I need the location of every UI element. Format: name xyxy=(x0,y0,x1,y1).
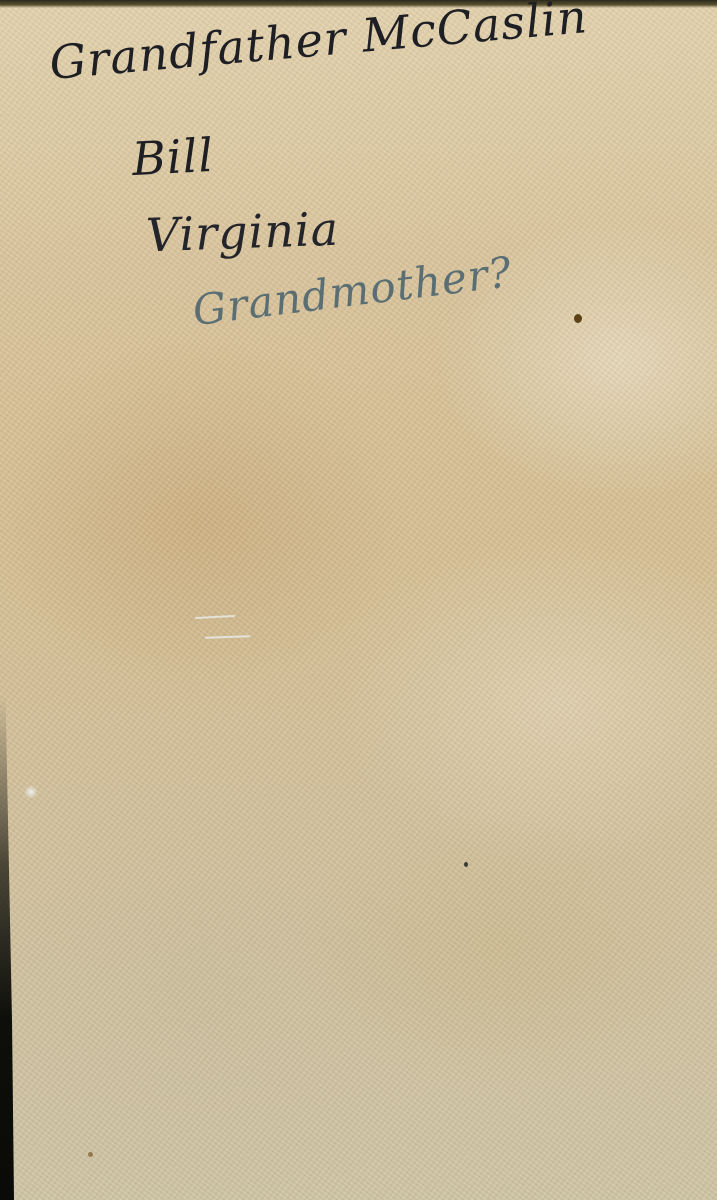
paper-light-spot xyxy=(24,785,38,799)
paper-page: Grandfather McCaslin Bill Virginia Grand… xyxy=(0,0,717,1200)
paper-scratch xyxy=(205,635,250,639)
paper-speck xyxy=(574,314,582,323)
handwritten-line-grandfather: Grandfather McCaslin xyxy=(47,0,589,90)
handwritten-line-virginia: Virginia xyxy=(145,202,340,263)
paper-scratch xyxy=(195,615,235,619)
scan-left-edge xyxy=(0,0,14,1200)
paper-speck xyxy=(464,862,468,867)
handwritten-line-bill: Bill xyxy=(131,128,216,186)
scan-top-edge xyxy=(0,0,717,8)
handwritten-line-grandmother: Grandmother? xyxy=(190,247,515,335)
paper-speck xyxy=(88,1152,93,1157)
